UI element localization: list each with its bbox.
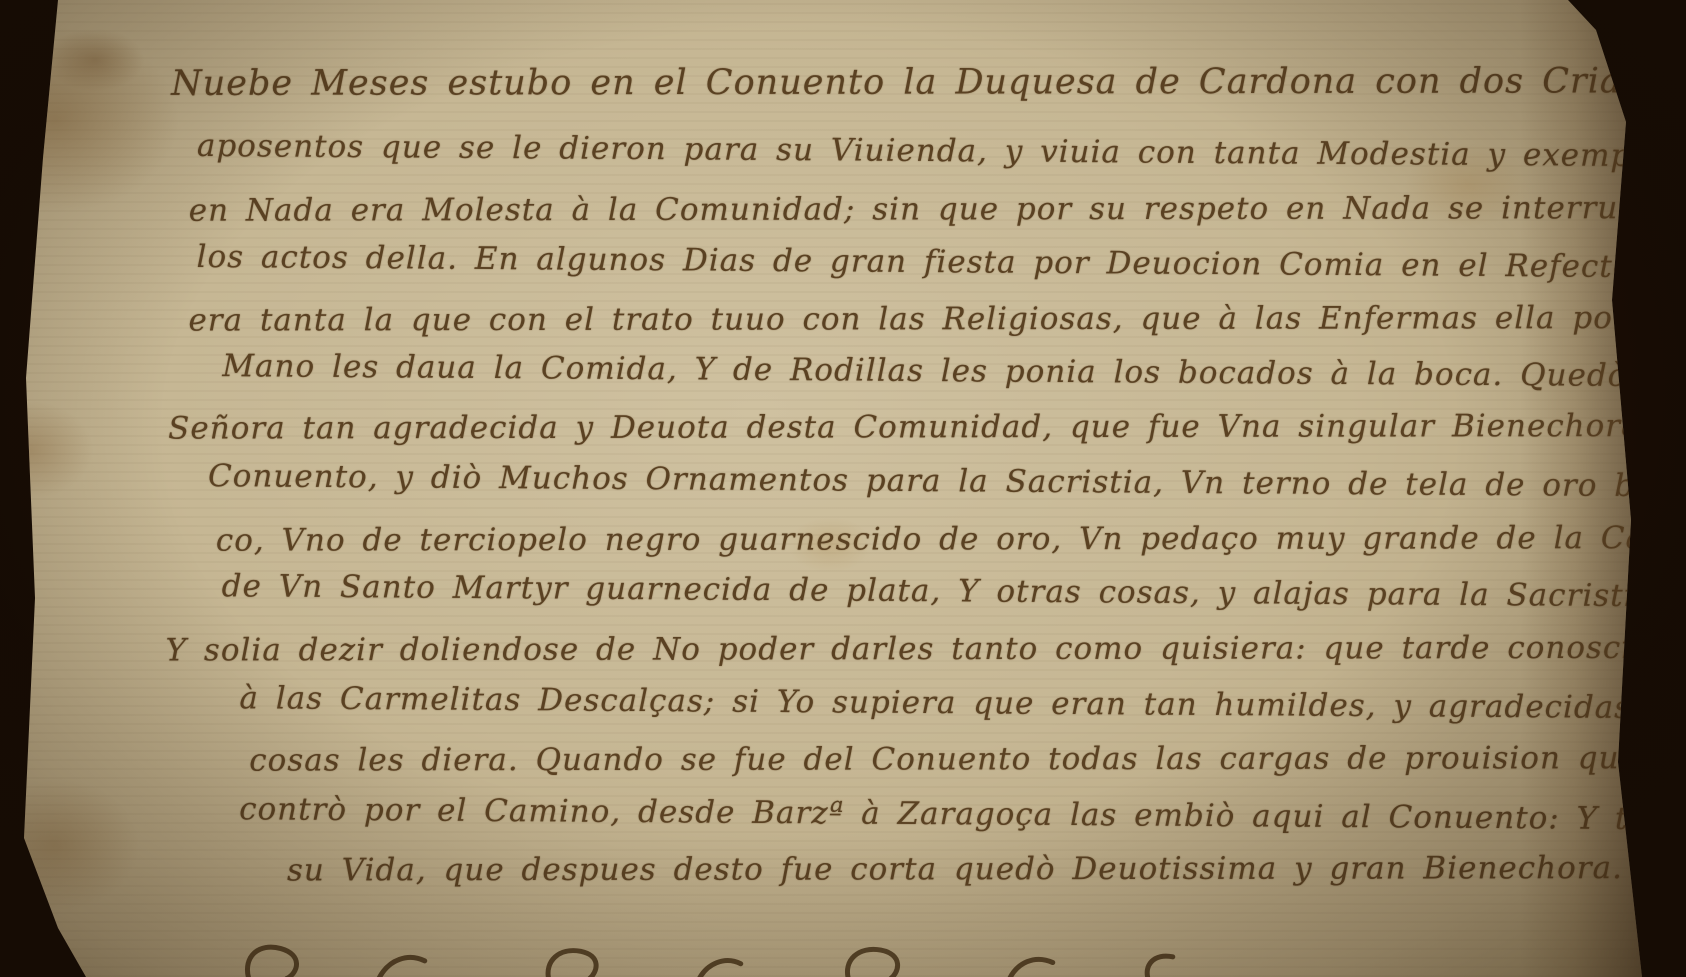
manuscript-line: Conuento, y diò Muchos Ornamentos para l…	[208, 458, 1686, 504]
manuscript-line: aposentos que se le dieron para su Viuie…	[197, 128, 1686, 175]
manuscript-line: era tanta la que con el trato tuuo con l…	[188, 300, 1683, 339]
manuscript-line: los actos della. En algunos Dias de gran…	[196, 239, 1686, 286]
partial-line-cutoff	[229, 938, 1209, 977]
manuscript-line: co, Vno de terciopelo negro guarnescido …	[216, 520, 1686, 559]
manuscript-line: à las Carmelitas Descalças; si Yo supier…	[239, 680, 1686, 726]
manuscript-line: contrò por el Camino, desde Barzª à Zara…	[239, 791, 1686, 837]
photo-background: Nuebe Meses estubo en el Conuento la Duq…	[0, 0, 1686, 977]
manuscript-line: en Nada era Molesta à la Comunidad; sin …	[189, 190, 1686, 229]
manuscript-line: Señora tan agradecida y Deuota desta Com…	[168, 408, 1686, 447]
manuscript-line: Nuebe Meses estubo en el Conuento la Duq…	[171, 61, 1686, 104]
manuscript-line: Mano les daua la Comida, Y de Rodillas l…	[222, 348, 1686, 394]
manuscript-line: Y solia dezir doliendose de No poder dar…	[166, 630, 1652, 669]
manuscript-line: cosas les diera. Quando se fue del Conue…	[249, 740, 1686, 779]
manuscript-line: su Vida, que despues desto fue corta que…	[287, 850, 1623, 888]
manuscript-page: Nuebe Meses estubo en el Conuento la Duq…	[0, 0, 1686, 977]
manuscript-line: de Vn Santo Martyr guarnecida de plata, …	[222, 568, 1665, 614]
manuscript-text: Nuebe Meses estubo en el Conuento la Duq…	[0, 0, 1686, 977]
